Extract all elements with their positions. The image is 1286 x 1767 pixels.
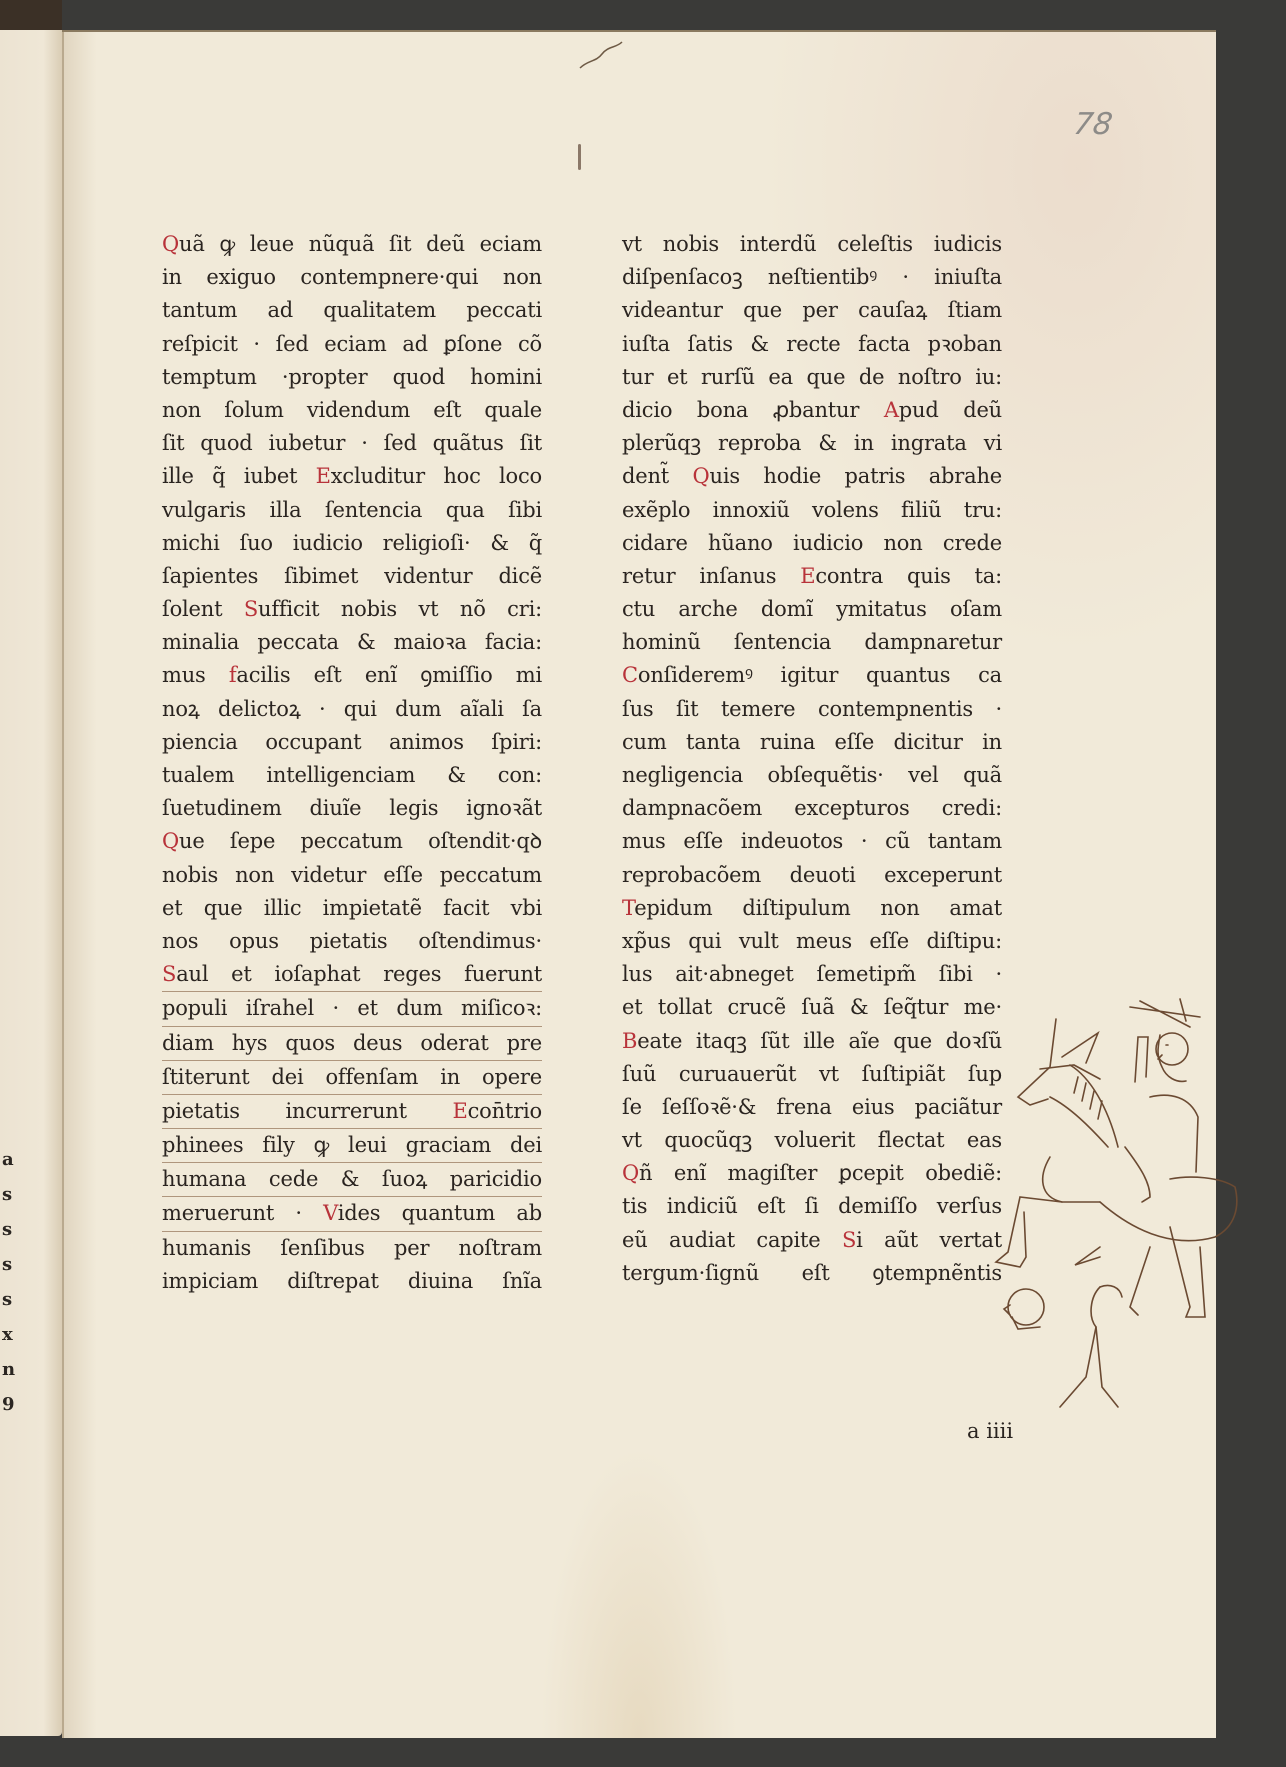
rubricated-initial: E [452, 1099, 467, 1123]
text-line: exẽplo innoxiũ volens filiũ tru: [622, 494, 1002, 527]
previous-page-letters: a s s s s x n 9 [2, 1148, 16, 1417]
text-line: in exiguo contempnere·qui non [162, 261, 542, 294]
line-text: tis indiciũ eſt ſi demiſſo verſus [622, 1194, 1002, 1218]
line-text: ſe ſeſſoꝛẽ·& frena eius paciãtur [622, 1095, 1002, 1119]
line-text: i aũt vertat [856, 1228, 1002, 1252]
text-line: hominũ ſentencia dampnaretur [622, 626, 1002, 659]
text-line: reſpicit · ſed eciam ad ꝑſone cõ [162, 328, 542, 361]
line-text: phinees fily ꝙ leui graciam dei [162, 1133, 542, 1157]
line-text: humana cede & ſuoꝝ paricidio [162, 1167, 542, 1191]
line-text: tantum ad qualitatem peccati [162, 298, 542, 322]
line-text: dicio bona ꝓbantur [622, 398, 884, 422]
rubricated-initial: E [800, 564, 815, 588]
line-text: xcluditur hoc loco [331, 464, 542, 488]
rubricated-initial: Q [622, 1161, 639, 1185]
text-line: ſapientes ſibimet videntur dicẽ [162, 560, 542, 593]
text-line: dicio bona ꝓbantur Apud deũ [622, 394, 1002, 427]
text-line: mus facilis eſt enĩ ꝯmiſſio mi [162, 659, 542, 692]
text-line: Qñ enĩ magiſter ꝑcepit obediẽ: [622, 1157, 1002, 1190]
rubricated-initial: Q [692, 464, 709, 488]
line-text: et que illic impietatẽ facit vbi [162, 896, 542, 920]
line-text: ue ſepe peccatum oſtendit·qꝺ [179, 829, 542, 853]
line-text: mus eſſe indeuotos · cũ tantam [622, 829, 1002, 853]
text-line: ſit quod iubetur · ſed quãtus ſit [162, 427, 542, 460]
line-text: retur inſanus [622, 564, 800, 588]
text-line: humanis ſenſibus per noſtram [162, 1232, 542, 1265]
rubricated-initial: B [622, 1029, 637, 1053]
text-line: ille q̃ iubet Excluditur hoc loco [162, 460, 542, 493]
line-text: dent̃ [622, 464, 692, 488]
text-line: ſolent Sufficit nobis vt nõ cri: [162, 593, 542, 626]
line-text: con̄trio [468, 1099, 542, 1123]
text-line: Beate itaqꝫ ſũt ille aĩe que doꝛſũ [622, 1025, 1002, 1058]
text-line: temptum ·propter quod homini [162, 361, 542, 394]
text-line: nobis non videtur eſſe peccatum [162, 859, 542, 892]
text-line: ctu arche domĩ ymitatus oſam [622, 593, 1002, 626]
text-line: phinees fily ꝙ leui graciam dei [162, 1129, 542, 1163]
line-text: ſuetudinem diuĩe legis ignoꝛãt [162, 796, 542, 820]
previous-page-edge: a s s s s x n 9 [0, 26, 62, 1736]
line-text: ñ enĩ magiſter ꝑcepit obediẽ: [639, 1161, 1002, 1185]
marginal-drawing-rider-icon [990, 997, 1250, 1417]
line-text: populi iſrahel · et dum miſicoꝛ: [162, 996, 542, 1020]
line-text: contra quis ta: [815, 564, 1002, 588]
rubricated-initial: V [323, 1201, 338, 1225]
rubricated-initial: C [622, 663, 638, 687]
text-line: eũ audiat capite Si aũt vertat [622, 1224, 1002, 1257]
line-text: aul et ioſaphat reges fuerunt [176, 962, 542, 986]
line-text: ſtiterunt dei offenſam in opere [162, 1065, 542, 1089]
prev-letter: s [2, 1253, 16, 1277]
line-text: reprobacõem deuoti exceperunt [622, 863, 1002, 887]
text-line: tur et rurſũ ea que de noſtro iu: [622, 361, 1002, 394]
line-text: reſpicit · ſed eciam ad ꝑſone cõ [162, 332, 542, 356]
text-line: minalia peccata & maioꝛa facia: [162, 626, 542, 659]
text-line: Saul et ioſaphat reges fuerunt [162, 958, 542, 992]
text-line: mus eſſe indeuotos · cũ tantam [622, 825, 1002, 858]
line-text: uis hodie patris abrahe [710, 464, 1003, 488]
text-line: diam hys quos deus oderat pre [162, 1027, 542, 1061]
line-text: et tollat crucẽ ſuã & ſeq̃tur me· [622, 995, 1002, 1019]
folio-number: 78 [1072, 107, 1115, 142]
line-text: tualem intelligenciam & con: [162, 763, 542, 787]
line-text: vulgaris illa ſentencia qua ſibi [162, 498, 542, 522]
line-text: temptum ·propter quod homini [162, 365, 542, 389]
text-line: Tepidum diſtipulum non amat [622, 892, 1002, 925]
prev-letter: s [2, 1218, 16, 1242]
line-text: diſpenſacoꝫ neſtientibꝰ · iniuſta [622, 265, 1002, 289]
text-line: diſpenſacoꝫ neſtientibꝰ · iniuſta [622, 261, 1002, 294]
prev-letter: a [2, 1148, 16, 1172]
text-line: michi ſuo iudicio religioſi· & q̃ [162, 527, 542, 560]
gutter-line [62, 32, 64, 1738]
text-line: non ſolum videndum eſt quale [162, 394, 542, 427]
text-line: meruerunt · Vides quantum ab [162, 1197, 542, 1231]
line-text: ſolent [162, 597, 244, 621]
rubricated-initial: T [622, 896, 634, 920]
line-text: pietatis incurrerunt [162, 1099, 452, 1123]
line-text: plerũqꝫ reproba & in ingrata vi [622, 431, 1002, 455]
line-text: mus [162, 663, 229, 687]
line-text: ufficit nobis vt nõ cri: [258, 597, 542, 621]
quire-signature: a iiii [967, 1419, 1013, 1443]
line-text: xp̃us qui vult meus eſſe diſtipu: [622, 929, 1002, 953]
line-text: non ſolum videndum eſt quale [162, 398, 542, 422]
text-line: populi iſrahel · et dum miſicoꝛ: [162, 992, 542, 1026]
text-line: videantur que per cauſaꝝ ſtiam [622, 294, 1002, 327]
text-line: Quã ꝙ leue nũquã ſit deũ eciam [162, 228, 542, 261]
line-text: iuſta ſatis & recte facta pꝛoban [622, 332, 1002, 356]
rubricated-initial: A [884, 398, 899, 422]
text-line: et que illic impietatẽ facit vbi [162, 892, 542, 925]
line-text: onſideremꝰ igitur quantus ca [638, 663, 1002, 687]
rubricated-initial: E [316, 464, 331, 488]
line-text: uã ꝙ leue nũquã ſit deũ eciam [179, 232, 542, 256]
line-text: minalia peccata & maioꝛa facia: [162, 630, 542, 654]
text-line: ſuũ curuauerũt vt ſuſtipiãt ſup [622, 1058, 1002, 1091]
text-line: nos opus pietatis oſtendimus· [162, 925, 542, 958]
line-text: lus ait·abneget ſemetipm̃ ſibi · [622, 962, 1002, 986]
tear-mark-icon [572, 40, 632, 70]
line-text: vt nobis interdũ celeſtis iudicis [622, 232, 1002, 256]
line-text: eũ audiat capite [622, 1228, 842, 1252]
text-line: Que ſepe peccatum oſtendit·qꝺ [162, 825, 542, 858]
text-line: humana cede & ſuoꝝ paricidio [162, 1163, 542, 1197]
line-text: piencia occupant animos ſpiri: [162, 730, 542, 754]
text-line: negligencia obſequẽtis· vel quã [622, 759, 1002, 792]
text-line: piencia occupant animos ſpiri: [162, 726, 542, 759]
text-line: impiciam diſtrepat diuina ſnĩa [162, 1265, 542, 1298]
line-text: dampnacõem excepturos credi: [622, 796, 1002, 820]
text-column-left: Quã ꝙ leue nũquã ſit deũ eciamin exiguo … [162, 228, 542, 1298]
line-text: hominũ ſentencia dampnaretur [622, 630, 1002, 654]
text-line: et tollat crucẽ ſuã & ſeq̃tur me· [622, 991, 1002, 1024]
text-line: pietatis incurrerunt Econ̄trio [162, 1095, 542, 1129]
prev-letter: x [2, 1323, 16, 1347]
text-line: tualem intelligenciam & con: [162, 759, 542, 792]
text-line: retur inſanus Econtra quis ta: [622, 560, 1002, 593]
prev-letter: 9 [2, 1393, 16, 1417]
line-text: noꝝ delictoꝝ · qui dum aĩali ſa [162, 697, 542, 721]
line-text: tergum·ſignũ eſt ꝯtempnẽntis [622, 1261, 1002, 1285]
line-text: tur et rurſũ ea que de noſtro iu: [622, 365, 1002, 389]
line-text: negligencia obſequẽtis· vel quã [622, 763, 1002, 787]
prev-letter: n [2, 1358, 16, 1382]
line-text: vt quocũqꝫ voluerit flectat eas [622, 1128, 1002, 1152]
line-text: nobis non videtur eſſe peccatum [162, 863, 542, 887]
text-line: lus ait·abneget ſemetipm̃ ſibi · [622, 958, 1002, 991]
text-line: vulgaris illa ſentencia qua ſibi [162, 494, 542, 527]
prev-letter: s [2, 1288, 16, 1312]
line-text: eate itaqꝫ ſũt ille aĩe que doꝛſũ [637, 1029, 1002, 1053]
text-line: reprobacõem deuoti exceperunt [622, 859, 1002, 892]
line-text: diam hys quos deus oderat pre [162, 1031, 542, 1055]
line-text: ſapientes ſibimet videntur dicẽ [162, 564, 542, 588]
text-line: dampnacõem excepturos credi: [622, 792, 1002, 825]
text-line: vt nobis interdũ celeſtis iudicis [622, 228, 1002, 261]
text-line: cum tanta ruina eſſe dicitur in [622, 726, 1002, 759]
line-text: ctu arche domĩ ymitatus oſam [622, 597, 1002, 621]
text-line: tis indiciũ eſt ſi demiſſo verſus [622, 1190, 1002, 1223]
text-line: plerũqꝫ reproba & in ingrata vi [622, 427, 1002, 460]
line-text: impiciam diſtrepat diuina ſnĩa [162, 1269, 542, 1293]
ruling-tick-mark [578, 144, 581, 170]
rubricated-initial: S [244, 597, 258, 621]
text-column-right: vt nobis interdũ celeſtis iudicisdiſpenſ… [622, 228, 1002, 1290]
line-text: ſit quod iubetur · ſed quãtus ſit [162, 431, 542, 455]
text-line: Conſideremꝰ igitur quantus ca [622, 659, 1002, 692]
rubricated-initial: S [842, 1228, 856, 1252]
line-text: ſuũ curuauerũt vt ſuſtipiãt ſup [622, 1062, 1002, 1086]
text-line: ſuetudinem diuĩe legis ignoꝛãt [162, 792, 542, 825]
line-text: in exiguo contempnere·qui non [162, 265, 542, 289]
line-text: acilis eſt enĩ ꝯmiſſio mi [236, 663, 542, 687]
prev-letter: s [2, 1183, 16, 1207]
text-line: ſus ſit temere contempnentis · [622, 693, 1002, 726]
text-line: iuſta ſatis & recte facta pꝛoban [622, 328, 1002, 361]
text-line: tantum ad qualitatem peccati [162, 294, 542, 327]
rubricated-initial: Q [162, 232, 179, 256]
text-line: ſtiterunt dei offenſam in opere [162, 1061, 542, 1095]
text-line: xp̃us qui vult meus eſſe diſtipu: [622, 925, 1002, 958]
line-text: cidare hũano iudicio non crede [622, 531, 1002, 555]
line-text: exẽplo innoxiũ volens filiũ tru: [622, 498, 1002, 522]
text-line: dent̃ Quis hodie patris abrahe [622, 460, 1002, 493]
line-text: ides quantum ab [338, 1201, 542, 1225]
text-line: cidare hũano iudicio non crede [622, 527, 1002, 560]
line-text: ſus ſit temere contempnentis · [622, 697, 1002, 721]
line-text: michi ſuo iudicio religioſi· & q̃ [162, 531, 542, 555]
line-text: pud deũ [899, 398, 1002, 422]
line-text: cum tanta ruina eſſe dicitur in [622, 730, 1002, 754]
text-line: tergum·ſignũ eſt ꝯtempnẽntis [622, 1257, 1002, 1290]
manuscript-page: 78 Quã ꝙ leue nũquã ſit deũ eciamin exig… [62, 30, 1216, 1738]
line-text: humanis ſenſibus per noſtram [162, 1236, 542, 1260]
rubricated-initial: Q [162, 829, 179, 853]
rubricated-initial: S [162, 962, 176, 986]
line-text: videantur que per cauſaꝝ ſtiam [622, 298, 1002, 322]
line-text: nos opus pietatis oſtendimus· [162, 929, 542, 953]
text-line: vt quocũqꝫ voluerit flectat eas [622, 1124, 1002, 1157]
previous-page-top-edge [0, 0, 62, 30]
line-text: meruerunt · [162, 1201, 323, 1225]
text-line: ſe ſeſſoꝛẽ·& frena eius paciãtur [622, 1091, 1002, 1124]
text-line: noꝝ delictoꝝ · qui dum aĩali ſa [162, 693, 542, 726]
line-text: epidum diſtipulum non amat [634, 896, 1002, 920]
line-text: ille q̃ iubet [162, 464, 316, 488]
